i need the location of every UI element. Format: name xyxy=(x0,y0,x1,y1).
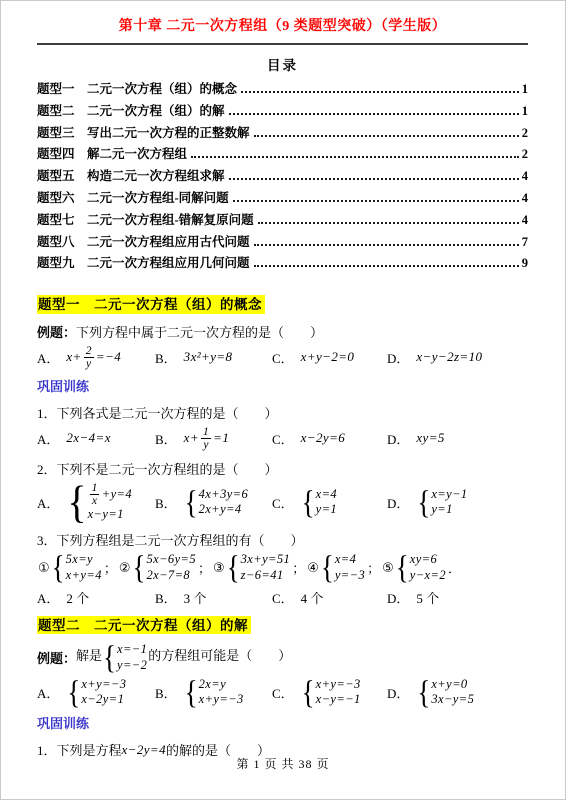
numerator: 2 xyxy=(84,345,94,357)
text: 的方程组可能是（ ） xyxy=(148,649,291,664)
text: 3．下列方程组是二元一次方程组的有（ ） xyxy=(37,530,304,549)
math-expression: x+y=−3 xyxy=(199,692,244,707)
left-brace-icon: { xyxy=(103,644,116,672)
example-stem-text: 下列方程中属于二元一次方程的是（ ） xyxy=(76,322,323,341)
example-stem-text: 解是{x=−1y=−2的方程组可能是（ ） xyxy=(76,642,291,673)
text: ② xyxy=(119,560,131,576)
system-lines: 5x−6y=52x−7=8 xyxy=(146,552,196,583)
example-label: 例题： xyxy=(37,648,76,667)
system-lines: xy=6y−x=2 xyxy=(410,552,446,583)
math-expression: x−y=1 xyxy=(88,507,124,522)
math-expression: 5x−6y=5 xyxy=(146,552,196,567)
system-line: 5x=y xyxy=(66,552,102,567)
system-line: y−x=2 xyxy=(410,568,446,583)
math-expression: y−x=2 xyxy=(410,568,446,583)
left-brace-icon: { xyxy=(185,678,198,706)
toc-item-page: 7 xyxy=(522,235,528,250)
option-content: {4x+3y=62x+y=4 xyxy=(184,487,250,518)
section2-heading-row: 题型二 二元一次方程（组）的解 xyxy=(37,616,528,635)
section1-heading: 题型一 二元一次方程（组）的概念 xyxy=(37,295,265,314)
equation-system: {5x−6y=52x−7=8 xyxy=(133,552,197,583)
section1-question3-systems: ①{5x=yx+y=4；②{5x−6y=52x−7=8；③{3x+y=51z−6… xyxy=(37,552,528,583)
option-content: x+2y=−4 xyxy=(66,345,121,370)
system-line: 1x+y=4 xyxy=(88,482,132,507)
math-expression: =1 xyxy=(213,430,229,446)
system-line: x+y=−3 xyxy=(81,677,126,692)
text: ； xyxy=(104,558,117,577)
toc-item[interactable]: 题型四 解二元一次方程组2 xyxy=(37,144,528,166)
math-expression: x+y=−3 xyxy=(81,677,126,692)
option-content: 2x−4=x xyxy=(66,430,111,446)
equation-system: {x+y=−3x−y=−1 xyxy=(302,677,361,708)
section1-example-stem: 例题：下列方程中属于二元一次方程的是（ ） xyxy=(37,322,528,341)
toc-leader-dots xyxy=(254,265,519,267)
system-line: x−2y=1 xyxy=(81,692,126,707)
text: ③ xyxy=(213,560,225,576)
document-title: 第十章 二元一次方程组（9 类题型突破）（学生版） xyxy=(37,15,528,35)
system-lines: x=y−1y=1 xyxy=(431,487,467,518)
system-line: x+y=0 xyxy=(431,677,474,692)
option-content: x−2y=6 xyxy=(301,430,346,446)
option-letter: C． xyxy=(272,429,294,448)
math-expression: y=1 xyxy=(316,502,337,517)
answer-option: C．{x+y=−3x−y=−1 xyxy=(272,677,387,708)
option-letter: A． xyxy=(37,429,59,448)
answer-option: C．{x=4y=1 xyxy=(272,487,387,518)
math-expression: 3x²+y=8 xyxy=(184,349,233,365)
option-letter: D． xyxy=(387,588,409,607)
answer-option: C．x+y−2=0 xyxy=(272,348,387,367)
denominator: y xyxy=(201,438,211,451)
math-expression: x−2y=1 xyxy=(81,692,124,707)
answer-option: D．{x+y=03x−y=5 xyxy=(387,677,528,708)
system-line: xy=6 xyxy=(410,552,446,567)
option-content: {x+y=−3x−2y=1 xyxy=(66,677,127,708)
text: 3 个 xyxy=(184,588,207,607)
section1-question3-stem: 3．下列方程组是二元一次方程组的有（ ） xyxy=(37,530,528,549)
left-brace-icon: { xyxy=(302,488,315,516)
option-content: {x+y=−3x−y=−1 xyxy=(301,677,362,708)
toc-leader-dots xyxy=(229,113,519,115)
equation-system: {2x=yx+y=−3 xyxy=(185,677,244,708)
system-line: 3x+y=51 xyxy=(241,552,291,567)
toc-leader-dots xyxy=(254,135,519,137)
toc-leader-dots xyxy=(191,156,519,158)
option-content: 2 个 xyxy=(66,588,89,607)
toc-item-label: 题型三 写出二元一次方程的正整数解 xyxy=(37,123,250,141)
math-expression: x+ xyxy=(184,430,199,446)
system-lines: 4x+3y=62x+y=4 xyxy=(199,487,249,518)
answer-option: B．{2x=yx+y=−3 xyxy=(155,677,272,708)
answer-option: A．2 个 xyxy=(37,588,155,607)
answer-option: A．{x+y=−3x−2y=1 xyxy=(37,677,155,708)
toc-leader-dots xyxy=(254,244,519,246)
toc-item[interactable]: 题型五 构造二元一次方程组求解4 xyxy=(37,166,528,188)
toc-leader-dots xyxy=(258,222,519,224)
left-brace-icon: { xyxy=(417,488,430,516)
answer-option: D．x−y−2z=10 xyxy=(387,348,528,367)
system-line: x=−1 xyxy=(117,642,147,657)
equation-system: {3x+y=51z−6=41 xyxy=(227,552,291,583)
section1-question1-stem: 1．下列各式是二元一次方程的是（ ） xyxy=(37,403,528,422)
text: 4 个 xyxy=(301,588,324,607)
denominator: x xyxy=(90,494,100,507)
option-content: {x+y=03x−y=5 xyxy=(416,677,475,708)
text: 5 个 xyxy=(416,588,439,607)
section2-heading: 题型二 二元一次方程（组）的解 xyxy=(37,616,251,635)
toc-item-label: 题型一 二元一次方程（组）的概念 xyxy=(37,79,237,97)
option-content: x−y−2z=10 xyxy=(416,349,482,365)
system-lines: 1x+y=4x−y=1 xyxy=(88,482,132,522)
toc-item-label: 题型五 构造二元一次方程组求解 xyxy=(37,166,225,184)
equation-system: {x+y=−3x−2y=1 xyxy=(67,677,126,708)
section1-question1-options: A．2x−4=xB．x+1y=1C．x−2y=6D．xy=5 xyxy=(37,426,528,451)
math-expression: x−y=−1 xyxy=(316,692,361,707)
section1-question2-stem: 2．下列不是二元一次方程组的是（ ） xyxy=(37,459,528,478)
equation-system: {xy=6y−x=2 xyxy=(396,552,446,583)
section1-training-label: 巩固训练 xyxy=(37,376,528,395)
equation-system: {4x+3y=62x+y=4 xyxy=(185,487,249,518)
system-lines: x=4y=1 xyxy=(316,487,337,518)
equation-system: {5x=yx+y=4 xyxy=(52,552,102,583)
math-expression: x=4 xyxy=(316,487,337,502)
system-lines: x=−1y=−2 xyxy=(117,642,147,673)
system-lines: x=4y=−3 xyxy=(335,552,365,583)
option-content: {x=4y=1 xyxy=(301,487,338,518)
toc-item[interactable]: 题型九 二元一次方程组应用几何问题9 xyxy=(37,253,528,275)
answer-option: A．2x−4=x xyxy=(37,429,155,448)
math-expression: 2x=y xyxy=(199,677,226,692)
option-content: 4 个 xyxy=(301,588,324,607)
math-expression: +y=4 xyxy=(102,487,132,502)
system-line: y=1 xyxy=(431,502,467,517)
answer-option: D．5 个 xyxy=(387,588,528,607)
equation-system: {1x+y=4x−y=1 xyxy=(67,482,132,522)
math-expression: y=−3 xyxy=(335,568,365,583)
answer-option: B．{4x+3y=62x+y=4 xyxy=(155,487,272,518)
toc-item-label: 题型九 二元一次方程组应用几何问题 xyxy=(37,253,250,271)
system-lines: 2x=yx+y=−3 xyxy=(199,677,244,708)
toc-item[interactable]: 题型三 写出二元一次方程的正整数解2 xyxy=(37,123,528,145)
math-expression: 2x+y=4 xyxy=(199,502,242,517)
math-expression: 3x+y=51 xyxy=(241,552,291,567)
toc-leader-dots xyxy=(241,91,519,93)
math-expression: 2x−7=8 xyxy=(146,568,190,583)
math-expression: =−4 xyxy=(96,349,121,365)
option-letter: D． xyxy=(387,348,409,367)
equation-system: {x=4y=−3 xyxy=(321,552,365,583)
option-content: 3x²+y=8 xyxy=(184,349,233,365)
toc-item-page: 1 xyxy=(522,82,528,97)
section1-question2-options: A．{1x+y=4x−y=1B．{4x+3y=62x+y=4C．{x=4y=1D… xyxy=(37,482,528,522)
system-line: x+y=−3 xyxy=(316,677,361,692)
system-line: 3x−y=5 xyxy=(431,692,474,707)
left-brace-icon: { xyxy=(396,554,409,582)
system-lines: x+y=03x−y=5 xyxy=(431,677,474,708)
answer-option: A．{1x+y=4x−y=1 xyxy=(37,482,155,522)
system-line: x+y=−3 xyxy=(199,692,244,707)
section2-training-label: 巩固训练 xyxy=(37,713,528,732)
option-letter: B． xyxy=(155,588,177,607)
answer-option: B．x+1y=1 xyxy=(155,426,272,451)
toc-item-label: 题型六 二元一次方程组-同解问题 xyxy=(37,188,229,206)
toc-item-page: 4 xyxy=(522,213,528,228)
answer-option: D．{x=y−1y=1 xyxy=(387,487,528,518)
system-line: 2x+y=4 xyxy=(199,502,249,517)
text: ． xyxy=(448,558,461,577)
option-letter: B． xyxy=(155,493,177,512)
toc-item[interactable]: 题型一 二元一次方程（组）的概念1 xyxy=(37,79,528,101)
math-expression: x+y=−3 xyxy=(316,677,361,692)
text: ； xyxy=(198,558,211,577)
option-content: {2x=yx+y=−3 xyxy=(184,677,245,708)
equation-system: {x=−1y=−2 xyxy=(103,642,147,673)
option-letter: D． xyxy=(387,429,409,448)
document-page: 第十章 二元一次方程组（9 类题型突破）（学生版） 目录 题型一 二元一次方程（… xyxy=(0,0,566,800)
system-line: y=−2 xyxy=(117,658,147,673)
fraction: 1y xyxy=(201,426,211,451)
section1-question3-options: A．2 个B．3 个C．4 个D．5 个 xyxy=(37,588,528,607)
toc-heading: 目录 xyxy=(37,54,528,74)
math-expression: y=1 xyxy=(431,502,452,517)
toc-item-label: 题型七 二元一次方程组-错解复原问题 xyxy=(37,210,254,228)
text: ⑤ xyxy=(382,560,394,576)
toc-item-label: 题型八 二元一次方程组应用古代问题 xyxy=(37,232,250,250)
option-letter: D． xyxy=(387,493,409,512)
math-expression: 5x=y xyxy=(66,552,93,567)
left-brace-icon: { xyxy=(67,483,86,522)
text: 2 个 xyxy=(66,588,89,607)
option-letter: A． xyxy=(37,588,59,607)
page-number-footer: 第 1 页 共 38 页 xyxy=(1,755,565,772)
option-content: {x=y−1y=1 xyxy=(416,487,468,518)
answer-option: B．3 个 xyxy=(155,588,272,607)
option-letter: A． xyxy=(37,683,59,702)
left-brace-icon: { xyxy=(321,554,334,582)
title-divider xyxy=(37,43,528,45)
option-content: {1x+y=4x−y=1 xyxy=(66,482,133,522)
left-brace-icon: { xyxy=(52,554,65,582)
left-brace-icon: { xyxy=(133,554,146,582)
left-brace-icon: { xyxy=(227,554,240,582)
system-line: x+y=4 xyxy=(66,568,102,583)
toc-item[interactable]: 题型七 二元一次方程组-错解复原问题4 xyxy=(37,210,528,232)
math-expression: x+y=0 xyxy=(431,677,467,692)
text: 解是 xyxy=(76,649,102,664)
toc-item-page: 2 xyxy=(522,126,528,141)
system-line: 2x−7=8 xyxy=(146,568,196,583)
math-expression: x+y=4 xyxy=(66,568,102,583)
toc-list: 题型一 二元一次方程（组）的概念1题型二 二元一次方程（组）的解1题型三 写出二… xyxy=(37,79,528,275)
equation-system: {x=y−1y=1 xyxy=(417,487,467,518)
system-line: y=1 xyxy=(316,502,337,517)
math-expression: y=−2 xyxy=(117,658,147,673)
answer-option: C．x−2y=6 xyxy=(272,429,387,448)
left-brace-icon: { xyxy=(67,678,80,706)
text: ④ xyxy=(307,560,319,576)
numerator: 1 xyxy=(201,426,211,438)
math-expression: x+y−2=0 xyxy=(301,349,355,365)
answer-option: A．x+2y=−4 xyxy=(37,345,155,370)
math-expression: x=−1 xyxy=(117,642,147,657)
text: ； xyxy=(292,558,305,577)
section1-example-options: A．x+2y=−4B．3x²+y=8C．x+y−2=0D．x−y−2z=10 xyxy=(37,345,528,370)
section1-heading-row: 题型一 二元一次方程（组）的概念 xyxy=(37,295,528,314)
system-line: z−6=41 xyxy=(241,568,291,583)
system-lines: x+y=−3x−2y=1 xyxy=(81,677,126,708)
option-letter: B． xyxy=(155,683,177,702)
section2-example-stem: 例题：解是{x=−1y=−2的方程组可能是（ ） xyxy=(37,642,528,673)
math-expression: x−2y=6 xyxy=(301,430,346,446)
math-expression: 4x+3y=6 xyxy=(199,487,249,502)
option-content: x+y−2=0 xyxy=(301,349,355,365)
numerator: 1 xyxy=(90,482,100,494)
option-letter: C． xyxy=(272,348,294,367)
denominator: y xyxy=(84,357,94,370)
system-line: 2x=y xyxy=(199,677,244,692)
option-letter: C． xyxy=(272,683,294,702)
fraction: 2y xyxy=(84,345,94,370)
text: 1．下列各式是二元一次方程的是（ ） xyxy=(37,403,278,422)
math-expression: xy=6 xyxy=(410,552,437,567)
fraction: 1x xyxy=(90,482,100,507)
text: ； xyxy=(367,558,380,577)
toc-leader-dots xyxy=(229,178,519,180)
option-content: x+1y=1 xyxy=(184,426,230,451)
option-letter: C． xyxy=(272,588,294,607)
toc-item-page: 1 xyxy=(522,104,528,119)
example-label: 例题： xyxy=(37,322,76,341)
math-expression: z−6=41 xyxy=(241,568,284,583)
math-expression: x+ xyxy=(66,349,81,365)
system-line: x=y−1 xyxy=(431,487,467,502)
answer-option: C．4 个 xyxy=(272,588,387,607)
math-expression: x=y−1 xyxy=(431,487,467,502)
left-brace-icon: { xyxy=(417,678,430,706)
toc-item-page: 2 xyxy=(522,147,528,162)
system-line: x=4 xyxy=(335,552,365,567)
system-line: 5x−6y=5 xyxy=(146,552,196,567)
toc-item-page: 9 xyxy=(522,256,528,271)
option-content: 3 个 xyxy=(184,588,207,607)
option-letter: C． xyxy=(272,493,294,512)
answer-option: B．3x²+y=8 xyxy=(155,348,272,367)
left-brace-icon: { xyxy=(302,678,315,706)
toc-item-label: 题型二 二元一次方程（组）的解 xyxy=(37,101,225,119)
text: ① xyxy=(38,560,50,576)
option-letter: A． xyxy=(37,493,59,512)
system-line: y=−3 xyxy=(335,568,365,583)
equation-system: {x+y=03x−y=5 xyxy=(417,677,474,708)
toc-leader-dots xyxy=(233,200,519,202)
system-line: 4x+3y=6 xyxy=(199,487,249,502)
system-line: x−y=−1 xyxy=(316,692,361,707)
toc-item[interactable]: 题型二 二元一次方程（组）的解1 xyxy=(37,101,528,123)
toc-item[interactable]: 题型六 二元一次方程组-同解问题4 xyxy=(37,188,528,210)
math-expression: 3x−y=5 xyxy=(431,692,474,707)
left-brace-icon: { xyxy=(185,488,198,516)
equation-system: {x=4y=1 xyxy=(302,487,337,518)
toc-item-label: 题型四 解二元一次方程组 xyxy=(37,144,187,162)
toc-item-page: 4 xyxy=(522,169,528,184)
option-letter: D． xyxy=(387,683,409,702)
math-expression: xy=5 xyxy=(416,430,444,446)
math-expression: x−y−2z=10 xyxy=(416,349,482,365)
answer-option: D．xy=5 xyxy=(387,429,528,448)
text: 下列方程中属于二元一次方程的是（ ） xyxy=(76,325,323,340)
system-lines: x+y=−3x−y=−1 xyxy=(316,677,361,708)
option-letter: B． xyxy=(155,429,177,448)
math-expression: x=4 xyxy=(335,552,356,567)
math-expression: 2x−4=x xyxy=(66,430,111,446)
option-letter: A． xyxy=(37,348,59,367)
toc-item-page: 4 xyxy=(522,191,528,206)
section2-example-options: A．{x+y=−3x−2y=1B．{2x=yx+y=−3C．{x+y=−3x−y… xyxy=(37,677,528,708)
option-content: 5 个 xyxy=(416,588,439,607)
system-line: x−y=1 xyxy=(88,507,132,522)
option-letter: B． xyxy=(155,348,177,367)
system-lines: 5x=yx+y=4 xyxy=(66,552,102,583)
toc-item[interactable]: 题型八 二元一次方程组应用古代问题7 xyxy=(37,232,528,254)
system-lines: 3x+y=51z−6=41 xyxy=(241,552,291,583)
option-content: xy=5 xyxy=(416,430,444,446)
system-line: x=4 xyxy=(316,487,337,502)
